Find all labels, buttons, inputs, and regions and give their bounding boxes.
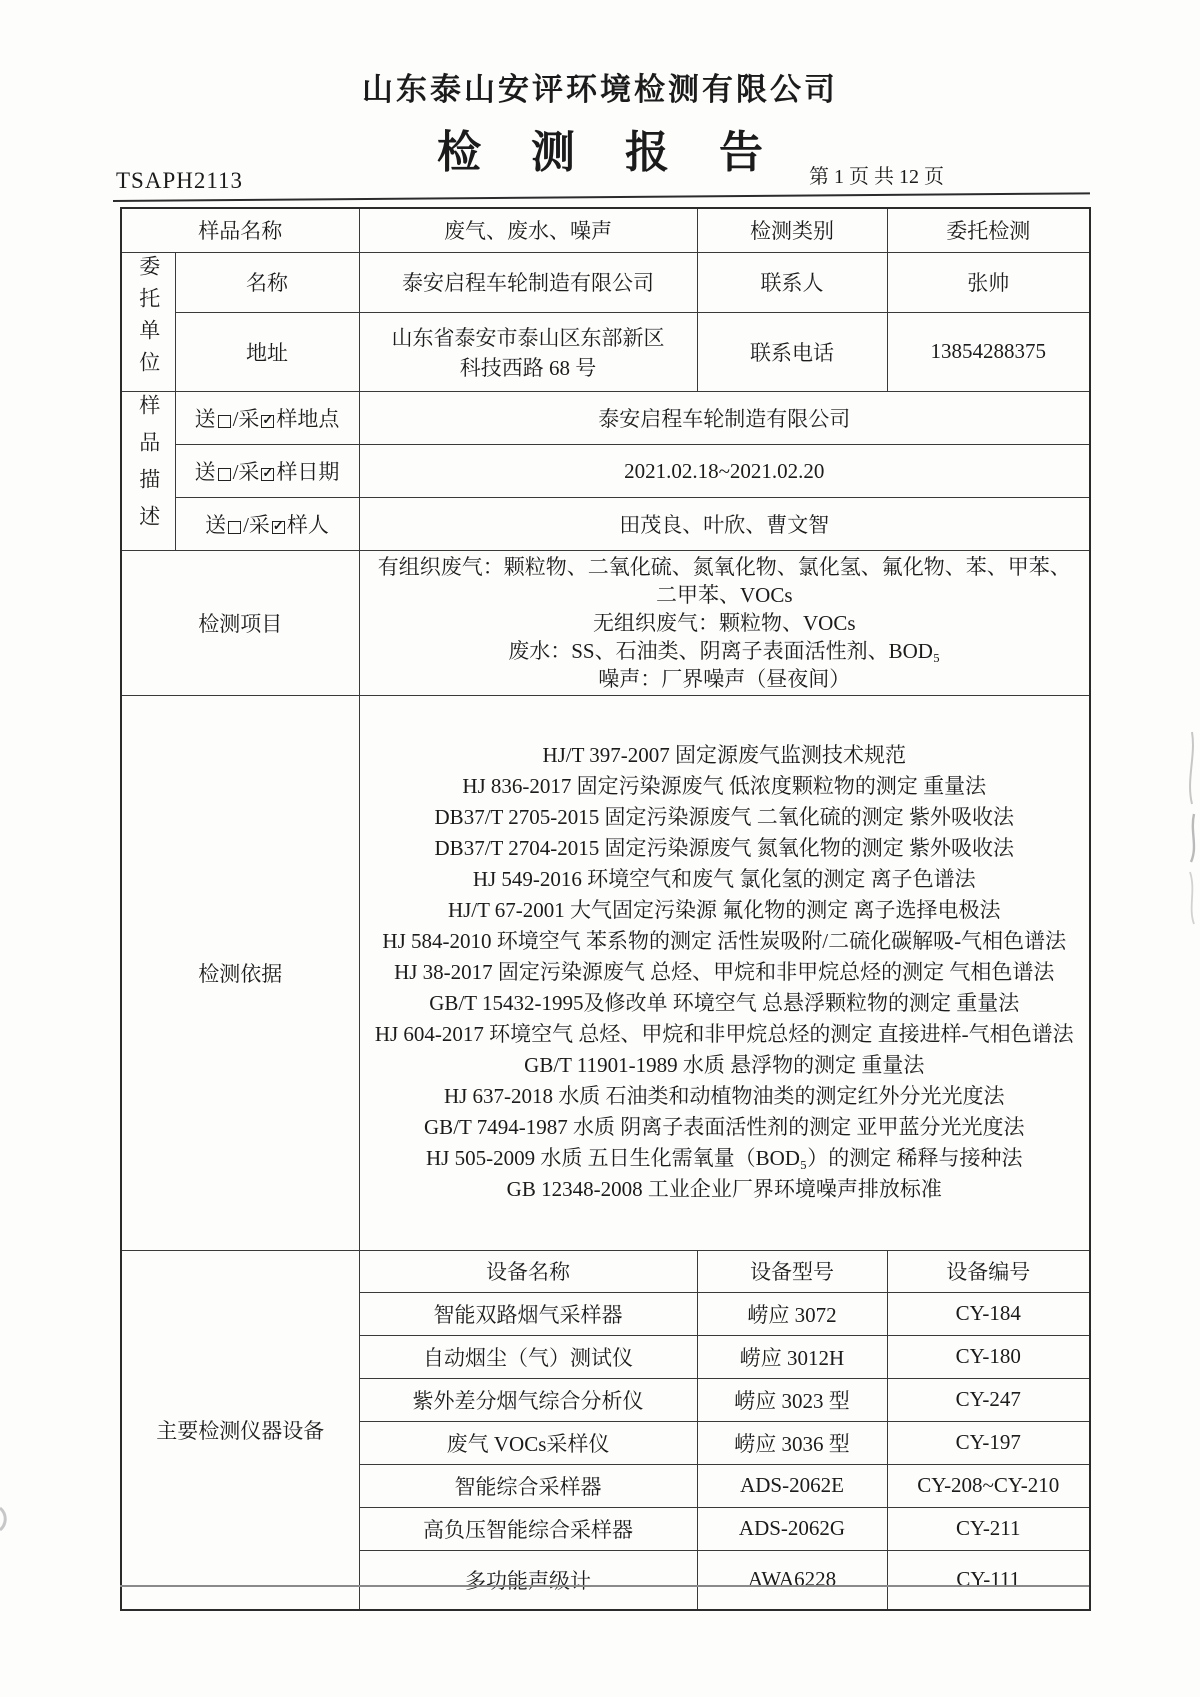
group-label-sample-desc: 样品描述 xyxy=(121,391,175,550)
equipment-name: 自动烟尘（气）测试仪 xyxy=(359,1335,697,1378)
company-name: 山东泰山安评环境检测有限公司 xyxy=(0,64,1200,109)
group-label-client: 委托单位 xyxy=(121,252,175,391)
checkbox-checked-icon: ✓ xyxy=(261,468,274,481)
field-label-contact: 联系人 xyxy=(697,252,887,312)
equipment-serial: CY-180 xyxy=(887,1335,1090,1378)
equipment-model: AWA6228 xyxy=(697,1550,887,1610)
page-indicator: 第 1 页 共 12 页 xyxy=(809,160,944,189)
equipment-serial: CY-247 xyxy=(887,1378,1090,1421)
field-label-suffix: 样地点 xyxy=(276,407,339,431)
field-label-suffix: 样日期 xyxy=(276,460,339,484)
field-value-sampling-date: 2021.02.18~2021.02.20 xyxy=(359,444,1090,497)
table-bottom-double-rule xyxy=(120,1585,1089,1587)
checkbox-unchecked-icon xyxy=(218,468,231,481)
checkbox-checked-icon: ✓ xyxy=(272,521,285,534)
equipment-col-name: 设备名称 xyxy=(359,1250,697,1292)
basis-line: HJ 604-2017 环境空气 总烃、甲烷和非甲烷总烃的测定 直接进样-气相色… xyxy=(368,1019,1082,1050)
equipment-serial: CY-197 xyxy=(887,1421,1090,1464)
basis-line: GB/T 7494-1987 水质 阴离子表面活性剂的测定 亚甲蓝分光光度法 xyxy=(368,1112,1082,1143)
equipment-model: ADS-2062G xyxy=(697,1507,887,1550)
field-label-equipment: 主要检测仪器设备 xyxy=(121,1250,359,1610)
report-table: 样品名称 废气、废水、噪声 检测类别 委托检测 委托单位 名称 泰安启程车轮制造… xyxy=(120,207,1091,1611)
checkbox-unchecked-icon xyxy=(218,415,231,428)
test-items-line: 噪声：厂界噪声（昼夜间） xyxy=(368,665,1082,693)
basis-line: HJ 505-2009 水质 五日生化需氧量（BOD₅）的测定 稀释与接种法 xyxy=(368,1143,1082,1174)
field-value-test-items: 有组织废气：颗粒物、二氧化硫、氮氧化物、氯化氢、氟化物、苯、甲苯、二甲苯、VOC… xyxy=(359,550,1090,695)
field-label-sampling-person: 送/采✓样人 xyxy=(175,498,359,550)
equipment-name: 废气 VOCs采样仪 xyxy=(359,1421,697,1464)
field-value-contact: 张帅 xyxy=(887,252,1090,312)
field-label-test-basis: 检测依据 xyxy=(121,695,359,1250)
basis-line: GB 12348-2008 工业企业厂界环境噪声排放标准 xyxy=(368,1174,1082,1205)
field-label-address: 地址 xyxy=(175,312,359,391)
test-items-line: 有组织废气：颗粒物、二氧化硫、氮氧化物、氯化氢、氟化物、苯、甲苯、二甲苯、VOC… xyxy=(368,553,1082,609)
collect-option-label: /采 xyxy=(243,513,270,537)
report-page: 山东泰山安评环境检测有限公司 检测报告 TSAPH2113 第 1 页 共 12… xyxy=(0,0,1200,1697)
equipment-serial: CY-184 xyxy=(887,1292,1090,1335)
field-value-sampling-location: 泰安启程车轮制造有限公司 xyxy=(359,391,1090,444)
equipment-col-serial: 设备编号 xyxy=(887,1250,1090,1292)
field-value-test-basis: HJ/T 397-2007 固定源废气监测技术规范 HJ 836-2017 固定… xyxy=(359,695,1090,1250)
equipment-name: 多功能声级计 xyxy=(359,1550,697,1610)
field-value-address: 山东省泰安市泰山区东部新区科技西路 68 号 xyxy=(359,312,697,391)
test-items-line: 无组织废气：颗粒物、VOCs xyxy=(368,609,1082,637)
basis-line: HJ 637-2018 水质 石油类和动植物油类的测定红外分光光度法 xyxy=(368,1081,1082,1112)
basis-line: DB37/T 2705-2015 固定污染源废气 二氧化硫的测定 紫外吸收法 xyxy=(368,802,1082,833)
basis-line: GB/T 15432-1995及修改单 环境空气 总悬浮颗粒物的测定 重量法 xyxy=(368,988,1082,1019)
equipment-name: 紫外差分烟气综合分析仪 xyxy=(359,1378,697,1421)
equipment-model: ADS-2062E xyxy=(697,1464,887,1507)
field-label-suffix: 样人 xyxy=(287,513,329,537)
scan-artifact xyxy=(0,1506,10,1532)
field-label-client-name: 名称 xyxy=(175,252,359,312)
equipment-model: 崂应 3012H xyxy=(697,1335,887,1378)
equipment-name: 智能综合采样器 xyxy=(359,1464,697,1507)
field-label-test-items: 检测项目 xyxy=(121,550,359,695)
send-option-label: 送 xyxy=(195,407,216,431)
equipment-model: 崂应 3072 xyxy=(697,1292,887,1335)
equipment-model: 崂应 3023 型 xyxy=(697,1378,887,1421)
field-label-test-category: 检测类别 xyxy=(697,208,887,252)
basis-line: HJ 549-2016 环境空气和废气 氯化氢的测定 离子色谱法 xyxy=(368,864,1082,895)
basis-line: HJ/T 67-2001 大气固定污染源 氟化物的测定 离子选择电极法 xyxy=(368,895,1082,926)
field-value-phone: 13854288375 xyxy=(887,312,1090,391)
field-label-sample-name: 样品名称 xyxy=(121,208,359,252)
field-value-sample-name: 废气、废水、噪声 xyxy=(359,208,697,252)
equipment-model: 崂应 3036 型 xyxy=(697,1421,887,1464)
scan-artifact xyxy=(1178,728,1200,928)
basis-line: GB/T 11901-1989 水质 悬浮物的测定 重量法 xyxy=(368,1050,1082,1081)
equipment-name: 高负压智能综合采样器 xyxy=(359,1507,697,1550)
basis-line: HJ 38-2017 固定污染源废气 总烃、甲烷和非甲烷总烃的测定 气相色谱法 xyxy=(368,957,1082,988)
field-label-phone: 联系电话 xyxy=(697,312,887,391)
equipment-serial: CY-208~CY-210 xyxy=(887,1464,1090,1507)
header-divider xyxy=(113,192,1090,202)
field-value-client-name: 泰安启程车轮制造有限公司 xyxy=(359,252,697,312)
send-option-label: 送 xyxy=(195,460,216,484)
equipment-serial: CY-111 xyxy=(887,1550,1090,1610)
equipment-serial: CY-211 xyxy=(887,1507,1090,1550)
basis-line: HJ 584-2010 环境空气 苯系物的测定 活性炭吸附/二硫化碳解吸-气相色… xyxy=(368,926,1082,957)
collect-option-label: /采 xyxy=(233,460,260,484)
basis-line: DB37/T 2704-2015 固定污染源废气 氮氧化物的测定 紫外吸收法 xyxy=(368,833,1082,864)
checkbox-unchecked-icon xyxy=(228,521,241,534)
collect-option-label: /采 xyxy=(233,407,260,431)
equipment-name: 智能双路烟气采样器 xyxy=(359,1292,697,1335)
basis-line: HJ/T 397-2007 固定源废气监测技术规范 xyxy=(368,740,1082,771)
report-number: TSAPH2113 xyxy=(116,168,243,194)
report-title: 检测报告 xyxy=(437,128,813,177)
field-value-test-category: 委托检测 xyxy=(887,208,1090,252)
field-label-sampling-location: 送/采✓样地点 xyxy=(175,391,359,444)
checkbox-checked-icon: ✓ xyxy=(261,415,274,428)
field-value-sampling-person: 田茂良、叶欣、曹文智 xyxy=(359,498,1090,550)
field-label-sampling-date: 送/采✓样日期 xyxy=(175,444,359,497)
test-items-line: 废水：SS、石油类、阴离子表面活性剂、BOD₅ xyxy=(368,637,1082,665)
send-option-label: 送 xyxy=(205,513,226,537)
basis-line: HJ 836-2017 固定污染源废气 低浓度颗粒物的测定 重量法 xyxy=(368,771,1082,802)
equipment-col-model: 设备型号 xyxy=(697,1250,887,1292)
